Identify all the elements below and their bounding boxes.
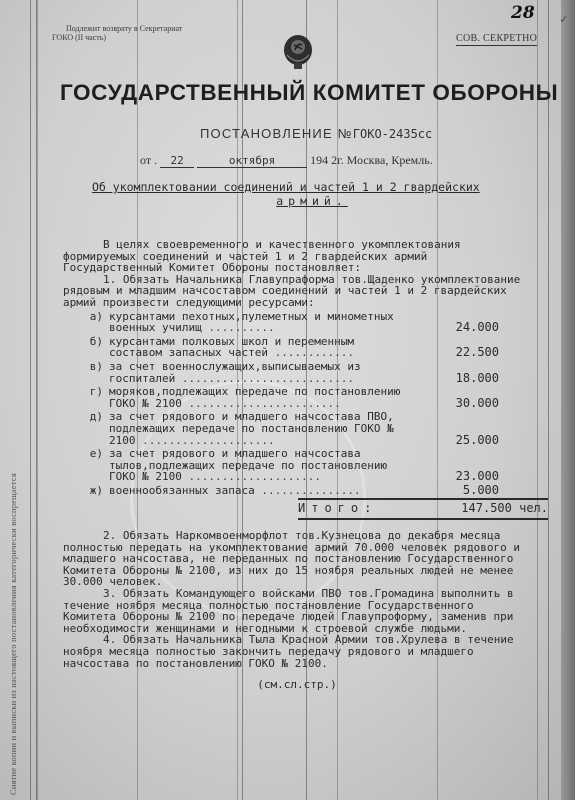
resources-list: а) курсантами пехотных,пулеметных и мино…: [63, 311, 531, 497]
item-text: за счет рядового и младшего начсостава т…: [109, 448, 409, 483]
item-mark: а): [63, 311, 109, 334]
list-item: в) за счет военнослужащих,выписываемых и…: [63, 361, 531, 384]
list-item: б) курсантами полковых школ и переменным…: [63, 336, 531, 359]
item-value: 23.000: [409, 471, 499, 483]
dateline: от . 22 октября 194 2г. Москва, Кремль.: [140, 153, 433, 168]
decree-label: ПОСТАНОВЛЕНИЕ №: [200, 126, 353, 141]
continued-note: (см.сл.стр.): [63, 679, 531, 691]
item-mark: е): [63, 448, 109, 483]
item-text: за счет рядового и младшего начсостава П…: [109, 411, 409, 446]
page-edge: [561, 0, 575, 800]
document-body: В целях своевременного и качественного у…: [63, 239, 531, 691]
item-value: 30.000: [409, 398, 499, 410]
item-mark: ж): [63, 485, 109, 497]
total-label: Итого:: [298, 503, 377, 515]
total-value: 147.500 чел.: [461, 503, 548, 515]
section-1: 1. Обязать Начальника Главупраформа тов.…: [63, 274, 531, 309]
item-text: курсантами полковых школ и переменным со…: [109, 336, 409, 359]
decree-heading: ПОСТАНОВЛЕНИЕ №ГОКО-2435сс: [200, 126, 432, 141]
date-month: октября: [197, 154, 307, 168]
org-title: ГОСУДАРСТВЕННЫЙ КОМИТЕТ ОБОРОНЫ: [60, 80, 575, 106]
subject-line1: Об укомплектовании соединений и частей 1…: [92, 180, 532, 194]
item-mark: г): [63, 386, 109, 409]
decree-number: ГОКО-2435сс: [353, 127, 432, 141]
subject-heading: Об укомплектовании соединений и частей 1…: [92, 180, 532, 208]
list-item: ж) военнообязанных запаса ..............…: [63, 485, 531, 497]
document-page: Снятие копии и выписки из настоящего пос…: [0, 0, 575, 800]
date-year-prefix: 194: [310, 153, 328, 167]
margin-rule: [36, 0, 37, 800]
section-3: 3. Обязать Командующего войсками ПВО тов…: [63, 588, 531, 634]
date-day: 22: [160, 154, 194, 168]
date-place: Москва, Кремль.: [347, 153, 433, 167]
item-value: 24.000: [409, 322, 499, 334]
item-value: 18.000: [409, 373, 499, 385]
check-mark-icon: ✓: [560, 12, 567, 26]
section-2: 2. Обязать Наркомвоенморфлот тов.Кузнецо…: [63, 530, 531, 588]
date-prefix: от: [140, 153, 151, 167]
margin-note: Снятие копии и выписки из настоящего пос…: [8, 155, 18, 795]
list-item: а) курсантами пехотных,пулеметных и мино…: [63, 311, 531, 334]
section-4: 4. Обязать Начальника Тыла Красной Армии…: [63, 634, 531, 669]
item-value: 25.000: [409, 435, 499, 447]
return-note: Подлежит возврату в Секретариат ГОКО (II…: [52, 24, 182, 42]
item-text: моряков,подлежащих передаче по постановл…: [109, 386, 409, 409]
list-item: д) за счет рядового и младшего начсостав…: [63, 411, 531, 446]
list-item: е) за счет рядового и младшего начсостав…: [63, 448, 531, 483]
item-text: военнообязанных запаса ...............: [109, 485, 409, 497]
margin-rule: [30, 0, 31, 800]
page-number: 28: [511, 3, 535, 23]
item-value: 5.000: [409, 485, 499, 497]
item-text: за счет военнослужащих,выписываемых из г…: [109, 361, 409, 384]
item-value: 22.500: [409, 347, 499, 359]
classification-stamp: СОВ. СЕКРЕТНО: [456, 33, 537, 46]
item-mark: б): [63, 336, 109, 359]
item-mark: д): [63, 411, 109, 446]
item-text: курсантами пехотных,пулеметных и миномет…: [109, 311, 409, 334]
return-note-line2: ГОКО (II часть): [52, 33, 182, 42]
total-row: Итого: 147.500 чел.: [298, 498, 548, 520]
scan-line: [548, 0, 549, 800]
intro-paragraph: В целях своевременного и качественного у…: [63, 239, 531, 274]
list-item: г) моряков,подлежащих передаче по постан…: [63, 386, 531, 409]
state-emblem-icon: [283, 33, 313, 71]
item-mark: в): [63, 361, 109, 384]
date-year-suffix: 2г.: [331, 153, 344, 167]
subject-line2: армий.: [92, 194, 532, 208]
return-note-line1: Подлежит возврату в Секретариат: [52, 24, 182, 33]
